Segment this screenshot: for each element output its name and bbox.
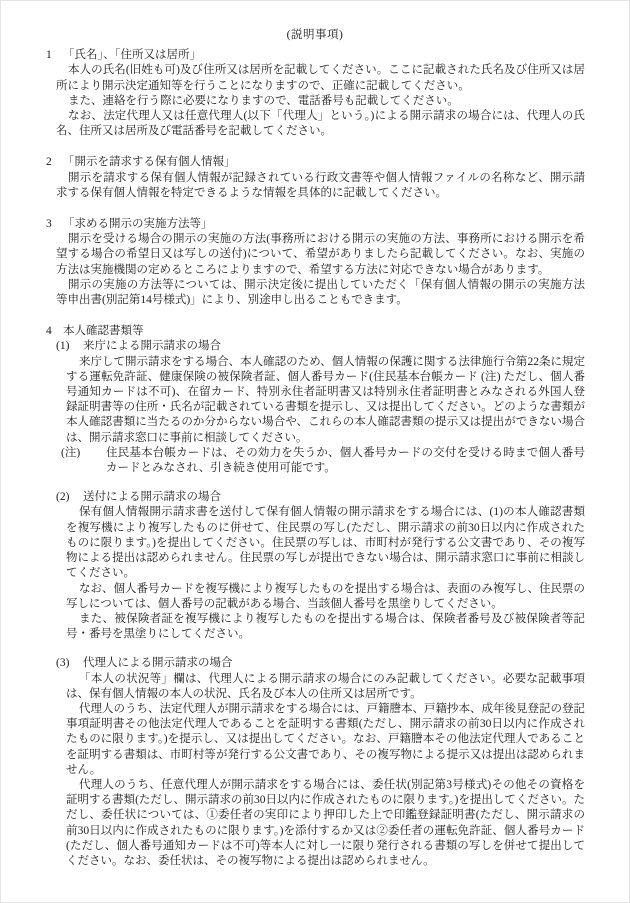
document-title: (説明事項) (1, 28, 629, 43)
paragraph: 開示の実施の方法等については、開示決定後に提出していただく「保有個人情報の開示の… (56, 278, 585, 308)
section-4-heading: 4本人確認書類等 (46, 324, 585, 339)
section-1: 1「氏名」、「住所又は居所」 本人の氏名(旧姓も可)及び住所又は居所を記載してく… (1, 48, 629, 139)
subsection-1: (1)来庁による開示請求の場合 来庁して開示請求をする場合、本人確認のため、個人… (1, 339, 629, 476)
section-heading-text: 「氏名」、「住所又は居所」 (63, 49, 201, 61)
subsection-heading-text: 来庁による開示請求の場合 (83, 340, 221, 352)
section-heading-text: 「求める開示の実施方法等」 (63, 218, 213, 230)
subsection-label: (2) (56, 490, 83, 505)
paragraph: 代理人のうち、法定代理人が開示請求をする場合には、戸籍謄本、戸籍抄本、成年後見登… (66, 702, 585, 778)
section-1-heading: 1「氏名」、「住所又は居所」 (46, 48, 585, 63)
paragraph: 保有個人情報開示請求書を送付して保有個人情報の開示請求をする場合には、(1)の本… (66, 505, 585, 581)
section-3: 3「求める開示の実施方法等」 開示を受ける場合の開示の実施の方法(事務所における… (1, 217, 629, 308)
subsection-2: (2)送付による開示請求の場合 保有個人情報開示請求書を送付して保有個人情報の開… (1, 490, 629, 642)
section-heading-text: 「開示を請求する保有個人情報」 (63, 156, 236, 168)
paragraph: また、連絡を行う際に必要になりますので、電話番号も記載してください。 (56, 94, 585, 109)
note-text: 住民基本台帳カードは、その効力を失うか、個人番号カードの交付を受ける時まで個人番… (106, 446, 585, 476)
paragraph: 「本人の状況等」欄は、代理人による開示請求の場合にのみ記載してください。必要な記… (66, 672, 585, 702)
paragraph: なお、個人番号カードを複写機により複写したものを提出する場合は、表面のみ複写し、… (66, 582, 585, 612)
section-number: 1 (46, 48, 63, 63)
section-4: 4本人確認書類等 (1)来庁による開示請求の場合 来庁して開示請求をする場合、本… (1, 324, 629, 869)
section-3-heading: 3「求める開示の実施方法等」 (46, 217, 585, 232)
paragraph: 開示を請求する保有個人情報が記録されている行政文書等や個人情報ファイルの名称など… (56, 171, 585, 201)
section-2: 2「開示を請求する保有個人情報」 開示を請求する保有個人情報が記録されている行政… (1, 155, 629, 201)
section-2-heading: 2「開示を請求する保有個人情報」 (46, 155, 585, 170)
paragraph: なお、法定代理人又は任意代理人(以下「代理人」という。)による開示請求の場合には… (56, 109, 585, 139)
subsection-label: (1) (56, 339, 83, 354)
subsection-3-heading: (3)代理人による開示請求の場合 (56, 656, 585, 671)
section-number: 2 (46, 155, 63, 170)
subsection-heading-text: 代理人による開示請求の場合 (83, 657, 233, 669)
subsection-heading-text: 送付による開示請求の場合 (83, 491, 221, 503)
section-number: 3 (46, 217, 63, 232)
document-page: (説明事項) 1「氏名」、「住所又は居所」 本人の氏名(旧姓も可)及び住所又は居… (0, 0, 630, 903)
subsection-2-heading: (2)送付による開示請求の場合 (56, 490, 585, 505)
section-number: 4 (46, 324, 63, 339)
paragraph: 代理人のうち、任意代理人が開示請求をする場合には、委任状(別記第3号様式)その他… (66, 778, 585, 869)
subsection-1-heading: (1)来庁による開示請求の場合 (56, 339, 585, 354)
paragraph: 本人の氏名(旧姓も可)及び住所又は居所を記載してください。ここに記載された氏名及… (56, 63, 585, 93)
paragraph: また、被保険者証を複写機により複写したものを提出する場合は、保険者番号及び被保険… (66, 612, 585, 642)
note-label: (注) (61, 446, 106, 476)
subsection-label: (3) (56, 656, 83, 671)
paragraph: 来庁して開示請求をする場合、本人確認のため、個人情報の保護に関する法律施行令第2… (66, 355, 585, 446)
section-heading-text: 本人確認書類等 (63, 325, 144, 337)
subsection-3: (3)代理人による開示請求の場合 「本人の状況等」欄は、代理人による開示請求の場… (1, 656, 629, 869)
note: (注) 住民基本台帳カードは、その効力を失うか、個人番号カードの交付を受ける時ま… (61, 446, 585, 476)
paragraph: 開示を受ける場合の開示の実施の方法(事務所における開示の実施の方法、事務所におけ… (56, 232, 585, 278)
